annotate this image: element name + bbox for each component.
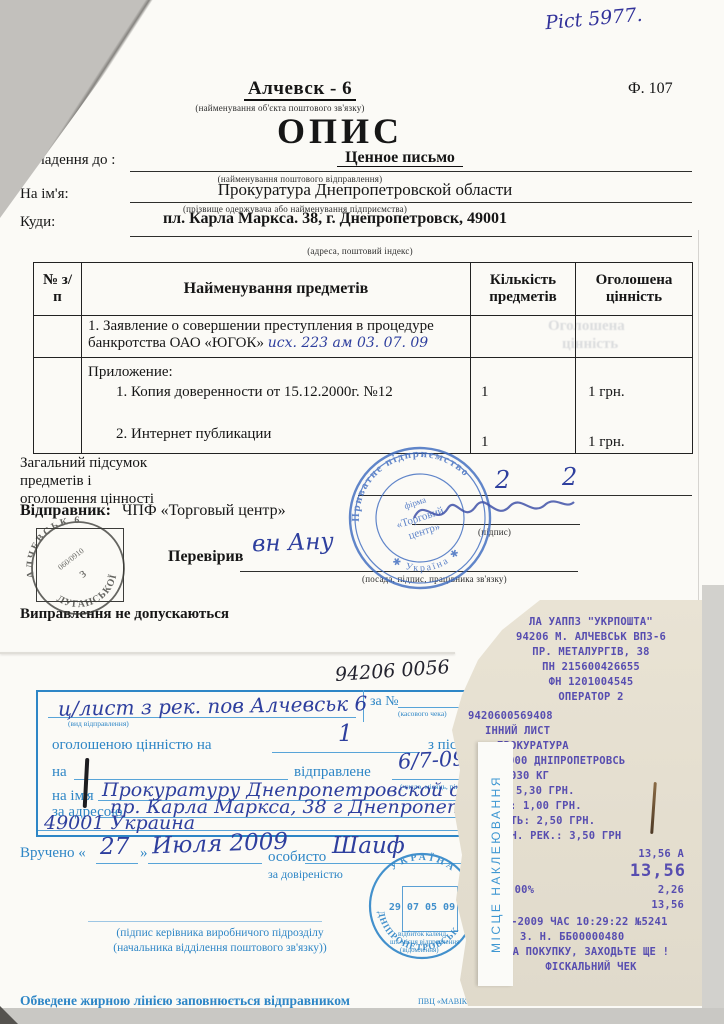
receipt-line: ІННИЙ ЛИСТ: [485, 725, 550, 737]
bold-box-footnote: Обведене жирною лінією заповнюється відп…: [20, 993, 350, 1009]
item2-value: 1 грн.: [588, 434, 625, 451]
page-title: ОПИС: [150, 110, 530, 152]
total-value-handwritten: 2: [562, 463, 577, 491]
col-name: Найменування предметів: [82, 263, 471, 316]
rule: [96, 863, 138, 864]
receipt-line: ФН 1201004545: [482, 676, 700, 688]
summary-label-2: предметів і: [20, 473, 92, 490]
row1-value: [576, 316, 693, 358]
receipt-line: ОН. РЕК.: 3,50 ГРН: [504, 830, 621, 842]
receipt-machine-number: З. Н. ББ00000480: [520, 931, 624, 943]
receipt-tax-amount: 2,26: [658, 884, 684, 896]
attach-value: Ценное письмо: [250, 149, 550, 167]
rule: [148, 863, 262, 864]
receipt-line: ОПЕРАТОР 2: [482, 691, 700, 703]
receipt-total-a: 13,56 А: [638, 848, 684, 860]
receipt-fiscal-label: ФІСКАЛЬНИЙ ЧЕК: [482, 961, 700, 973]
head-sign-hint-1: (підпис керівника виробничого підрозділу: [60, 927, 380, 939]
item1-value: 1 грн.: [588, 384, 625, 401]
scan-background-bottom: [0, 1008, 724, 1024]
row2-item1: 1. Копия доверенности от 15.12.2000г. №1…: [116, 384, 393, 401]
za-no-label: за №: [370, 694, 399, 710]
row2-value: 1 грн. 1 грн.: [576, 358, 693, 454]
receipt-line: ПР. МЕТАЛУРГІВ, 38: [482, 646, 700, 658]
paper-fold-line: [698, 230, 699, 600]
sheet-edge: [0, 652, 455, 654]
col-value: Оголошена цінність: [576, 263, 693, 316]
where-value: пл. Карла Маркса. 38, г. Днепропетровск,…: [110, 210, 560, 228]
rule: [130, 236, 692, 237]
handwritten-note: Pict 5977.: [544, 4, 643, 34]
row2-qty: 1 1: [471, 358, 576, 454]
row1-name: 1. Заявление о совершении преступления в…: [82, 316, 471, 358]
receipt-total-big: 13,56: [630, 861, 686, 881]
item2-qty: 1: [481, 434, 489, 451]
svg-text:УКРАЇНА: УКРАЇНА: [388, 851, 459, 875]
receipt-line: 5,30 ГРН.: [516, 785, 575, 797]
receipt-line: 94206 М. АЛЧЕВСЬК ВПЗ-6: [482, 631, 700, 643]
rule: [88, 921, 322, 922]
sender-signature: [410, 492, 580, 532]
row2-num: [34, 358, 82, 454]
row2-item2: 2. Интернет публикации: [116, 426, 271, 443]
handed-day-handwritten: 27: [100, 834, 129, 860]
rule: [398, 707, 468, 708]
rule: [130, 202, 692, 203]
handwritten-barcode: 94206 0056: [334, 656, 450, 686]
receipt-barcode-number: 9420600569408: [468, 710, 553, 722]
items-table: № з/п Найменування предметів Кількість п…: [33, 262, 693, 454]
row2-name: Приложение: 1. Копия доверенности от 15.…: [82, 358, 471, 454]
svg-text:з: з: [76, 566, 90, 582]
svg-text:29 07 05 09: 29 07 05 09: [389, 902, 455, 913]
row2-title: Приложение:: [88, 364, 173, 381]
to-label: На ім'я:: [20, 186, 69, 203]
head-sign-hint-2: (начальника відділення поштового зв'язку…: [70, 942, 370, 954]
declared-handwritten: 1: [338, 721, 353, 747]
receipt-line: : 1,00 ГРН.: [510, 800, 582, 812]
na-label: на: [52, 764, 67, 781]
scanned-document: Оголошена цінність Pict 5977. Алчевск - …: [0, 0, 724, 1024]
post-office-name: Алчевск - 6: [170, 78, 430, 100]
summary-label-1: Загальний підсумок: [20, 455, 147, 472]
row1-num: [34, 316, 82, 358]
printer-mark: ПВЦ «МАВІК»: [418, 997, 471, 1006]
col-num: № з/п: [34, 263, 82, 316]
sent-date-handwritten: 6/7-09: [397, 746, 466, 774]
row1-handwritten-note: исх. 223 ам 03. 07. 09: [268, 335, 428, 351]
glue-place-label: МІСЦЕ НАКЛЕЮВАННЯ: [489, 775, 503, 953]
to-value: Прокуратура Днепропетровской области: [170, 180, 560, 200]
checked-label: Перевірив: [168, 548, 243, 566]
proxy-label: за довіреністю: [268, 867, 343, 882]
receipt-line: ПН 215600426655: [482, 661, 700, 673]
total-qty-handwritten: 2: [495, 466, 510, 494]
scan-background-right: [702, 585, 724, 1024]
personally-label: особисто: [268, 849, 326, 866]
handed-label: Вручено «: [20, 845, 86, 862]
declared-label: оголошеною цінністю на: [52, 737, 212, 754]
row1-qty: [471, 316, 576, 358]
receipt-line: 030 КГ: [510, 770, 549, 782]
receipt-sum-amount: 13,56: [651, 899, 684, 911]
rule: [130, 171, 692, 172]
sender-value: ЧПФ «Торговый центр»: [122, 502, 286, 520]
checked-handwritten: вн Ану: [252, 529, 335, 558]
handed-close-quote: »: [140, 845, 148, 862]
receipt-line: ЛА УАППЗ "УКРПОШТА": [482, 616, 700, 628]
addr2-handwritten: 49001 Украина: [44, 812, 195, 834]
send-kind-hint: (вид відправлення): [68, 719, 129, 728]
item1-qty: 1: [481, 384, 489, 401]
za-no-hint: (касового чека): [398, 709, 447, 718]
col-qty: Кількість предметів: [471, 263, 576, 316]
receipt-line: 000 ДНІПРОПЕТРОВСЬ: [508, 755, 625, 767]
form-code: Ф. 107: [628, 80, 673, 98]
svg-text:✱ Україна ✱: ✱ Україна ✱: [388, 536, 466, 585]
where-label: Куди:: [20, 214, 55, 231]
receipt-line: СТЬ: 2,50 ГРН.: [504, 815, 595, 827]
glue-place-strip: МІСЦЕ НАКЛЕЮВАННЯ: [478, 742, 513, 986]
where-hint: (адреса, поштовий індекс): [210, 246, 510, 256]
